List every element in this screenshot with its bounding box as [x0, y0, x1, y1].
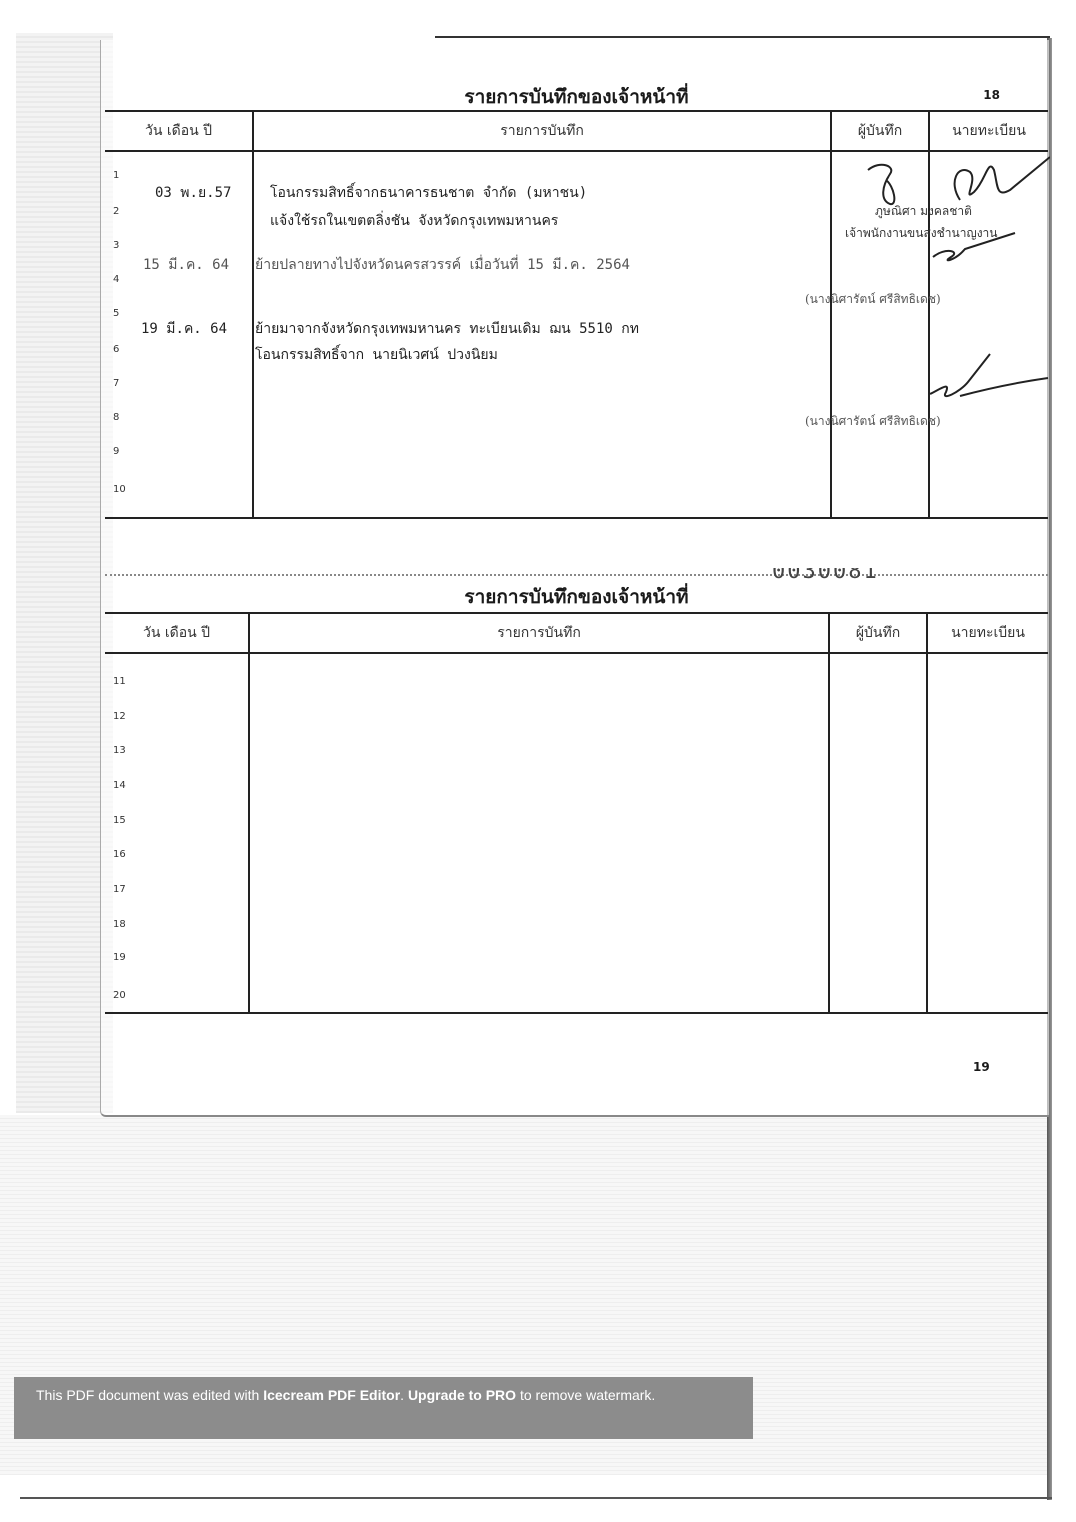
column-header-entry: รายการบันทึก [250, 614, 828, 652]
scan-shadow-left [16, 33, 113, 1113]
row-number: 9 [113, 446, 119, 457]
page-number: 19 [973, 1060, 990, 1074]
watermark-suffix: to remove watermark. [516, 1387, 655, 1403]
row-number: 17 [113, 884, 126, 895]
entry-text: แจ้งใช้รถในเขตตลิ่งชัน จังหวัดกรุงเทพมหา… [270, 210, 558, 232]
column-divider [926, 614, 928, 1012]
row-number: 13 [113, 745, 126, 756]
column-header-recorder: ผู้บันทึก [832, 112, 928, 150]
scan-border-top [435, 36, 1050, 38]
column-header-date: วัน เดือน ปี [105, 614, 248, 652]
row-number: 10 [113, 484, 126, 495]
row-number: 12 [113, 711, 126, 722]
column-header-entry: รายการบันทึก [254, 112, 830, 150]
entry-text: โอนกรรมสิทธิ์จาก นายนิเวศน์ ปวงนิยม [255, 344, 498, 366]
entry-date: 03 พ.ย.57 [155, 182, 231, 204]
column-header-recorder: ผู้บันทึก [830, 614, 926, 652]
register-page-18: รายการบันทึกของเจ้าหน้าที่ 18 วัน เดือน … [105, 80, 1048, 520]
entry-text: โอนกรรมสิทธิ์จากธนาคารธนชาต จำกัด (มหาชน… [270, 182, 587, 204]
row-number: 2 [113, 206, 119, 217]
column-divider [248, 614, 250, 1012]
row-number: 20 [113, 990, 126, 1001]
row-number: 7 [113, 378, 119, 389]
table-header: วัน เดือน ปี รายการบันทึก ผู้บันทึก นายท… [105, 112, 1048, 152]
entry-text: ย้ายปลายทางไปจังหวัดนครสวรรค์ เมื่อวันที… [255, 254, 630, 276]
section-title: รายการบันทึกของเจ้าหน้าที่ [105, 582, 1048, 612]
row-number: 11 [113, 676, 126, 687]
table-header: วัน เดือน ปี รายการบันทึก ผู้บันทึก นายท… [105, 614, 1048, 654]
column-divider [830, 112, 832, 517]
registrar-name: (นางนิศารัตน์ ศรีสิทธิเดช) [805, 290, 941, 309]
signature-mark [920, 352, 1050, 412]
section-title: รายการบันทึกของเจ้าหน้าที่ [105, 82, 1048, 112]
row-number: 18 [113, 919, 126, 930]
column-header-registrar: นายทะเบียน [930, 112, 1048, 150]
watermark-text: This PDF document was edited with Icecre… [36, 1387, 655, 1403]
recorder-name: ภูษณิศา มงคลชาติ [875, 202, 972, 221]
record-table: วัน เดือน ปี รายการบันทึก ผู้บันทึก นายท… [105, 612, 1048, 1014]
row-number: 15 [113, 815, 126, 826]
record-table: วัน เดือน ปี รายการบันทึก ผู้บันทึก นายท… [105, 110, 1048, 519]
entry-text: ย้ายมาจากจังหวัดกรุงเทพมหานคร ทะเบียนเดิ… [255, 318, 639, 340]
column-divider [828, 614, 830, 1012]
register-page-19: รายการบันทึกของเจ้าหน้าที่ วัน เดือน ปี … [105, 580, 1048, 1020]
watermark-separator: . [400, 1387, 408, 1403]
entry-date: 15 มี.ค. 64 [143, 254, 229, 276]
row-number: 3 [113, 240, 119, 251]
row-number: 1 [113, 170, 119, 181]
editor-watermark-banner: This PDF document was edited with Icecre… [14, 1377, 753, 1439]
row-number: 4 [113, 274, 119, 285]
entry-date: 19 มี.ค. 64 [141, 318, 227, 340]
page-number: 18 [983, 88, 1000, 102]
upgrade-link[interactable]: Upgrade to PRO [408, 1387, 516, 1403]
column-header-date: วัน เดือน ปี [105, 112, 252, 150]
watermark-prefix: This PDF document was edited with [36, 1387, 263, 1403]
row-number: 8 [113, 412, 119, 423]
column-divider [252, 112, 254, 517]
row-number: 16 [113, 849, 126, 860]
row-number: 6 [113, 344, 119, 355]
row-number: 14 [113, 780, 126, 791]
page-fold-separator [105, 574, 1048, 576]
row-number: 5 [113, 308, 119, 319]
watermark-product: Icecream PDF Editor [263, 1387, 400, 1403]
column-header-registrar: นายทะเบียน [928, 614, 1048, 652]
signature-mark [925, 227, 1045, 267]
row-number: 19 [113, 952, 126, 963]
registrar-name: (นางนิศารัตน์ ศรีสิทธิเดช) [805, 412, 941, 431]
scan-border-bottom [20, 1497, 1052, 1499]
